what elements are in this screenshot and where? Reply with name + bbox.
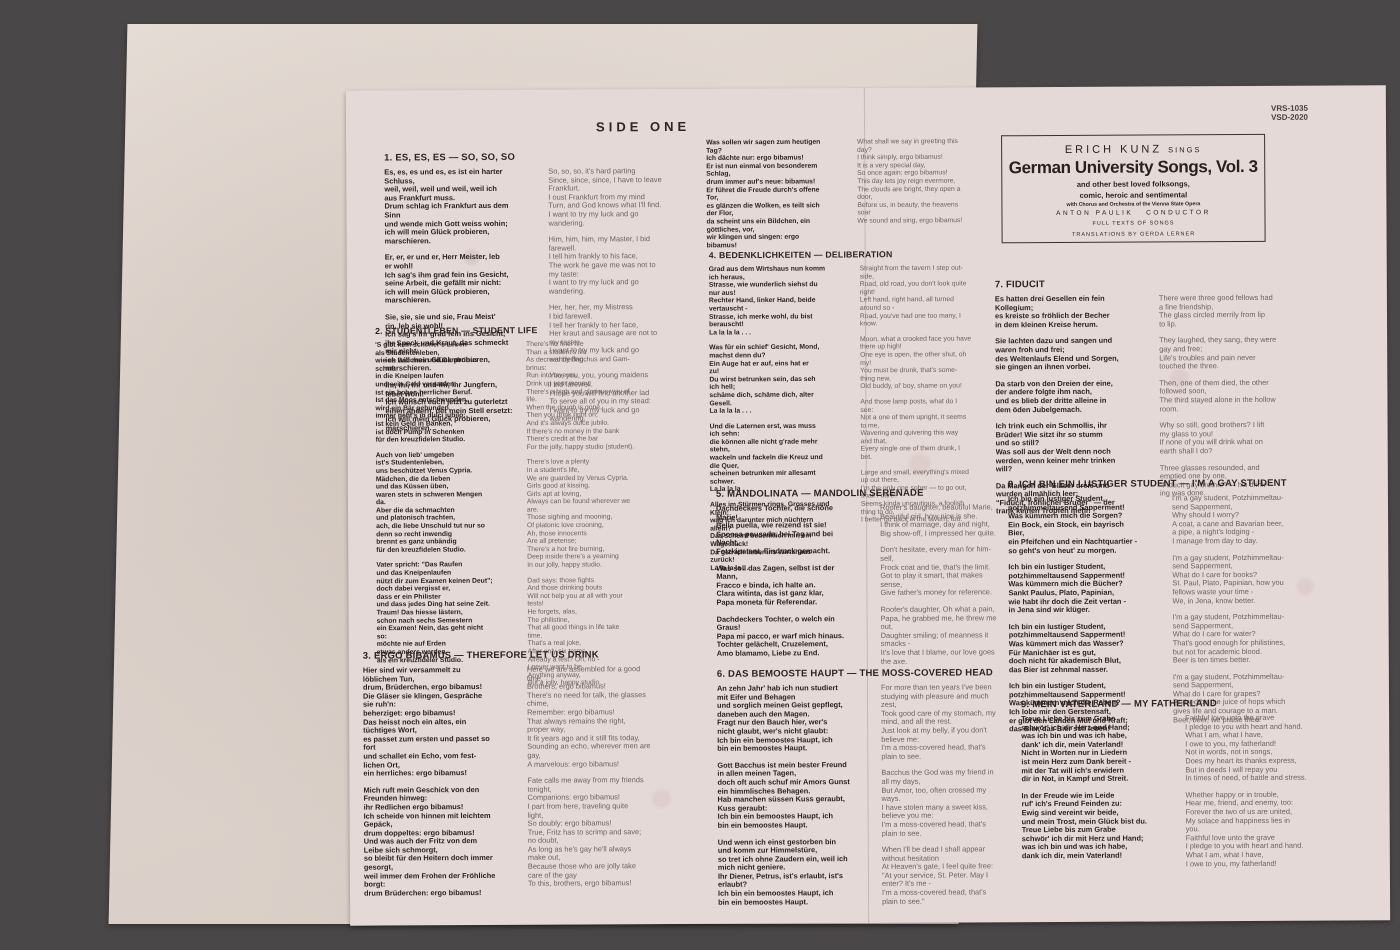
stanza: Ich bin ein lustiger Student,potzhimmelt… — [1008, 563, 1158, 615]
stanza: Him, him, him, my Master, I bidfarewell.… — [549, 235, 699, 296]
english-lyrics: There's no finer lifeThan a student's li… — [526, 340, 666, 695]
lyrics-columns: Treue Liebe bis zum Grabeschwör' ich dir… — [1021, 714, 1336, 878]
album-title-box: ERICH KUNZ SINGS German University Songs… — [1001, 134, 1266, 243]
stanza: There's love a plentyIn a student's life… — [527, 458, 666, 569]
lyric-line: bibamus! — [707, 241, 845, 250]
lyrics-columns: An zehn Jahr' hab ich nun studiertmit Ei… — [717, 683, 1032, 915]
stanza: And those lamp posts, what do Isee:Not a… — [860, 397, 998, 461]
stanza: Grad aus dem Wirtshaus nun kommich herau… — [709, 265, 847, 337]
stanza: Und wenn ich einst gestorben binund komm… — [718, 838, 868, 908]
stanza: I'm a gay student, Potzhimmeltau-send Sa… — [1172, 494, 1322, 546]
stanza: Ich bin ein lustiger Student,potzhimmelt… — [1008, 494, 1158, 555]
lyric-line: so tret ich ohne Zaudern ein, weil ich — [718, 855, 868, 864]
stanza: 'S gibt kein schöner's Lebenals Studente… — [375, 341, 514, 445]
lyric-line: will? — [996, 465, 1146, 474]
song-heading: 7. FIDUCIT — [995, 278, 1309, 291]
stanza: Here we are assembled for a goodtime,Bro… — [527, 665, 678, 769]
lyrics-columns: Was sollen wir sagen zum heutigenTag?Ich… — [706, 137, 995, 257]
stanza: Fate calls me away from my friendstonigh… — [527, 776, 678, 889]
conductor-name: ANTON PAULIK — [1056, 210, 1133, 217]
lyric-line: drum Brüderchen: ergo bibamus! — [364, 889, 514, 898]
lyric-line: wandering. — [548, 218, 698, 227]
lyric-line: I manage from day to day. — [1172, 537, 1322, 546]
lyric-line: dank ich dir, mein Vaterland! — [1022, 851, 1172, 860]
lyric-line: so bleibt für den Heitern doch immer — [364, 854, 514, 863]
lyric-line: In times of need, of battle and stress. — [1185, 774, 1335, 783]
lyric-line: room. — [1159, 404, 1309, 413]
lyric-line: know. — [860, 319, 998, 328]
lyric-line: plain to see." — [882, 897, 1032, 906]
lyric-line: La la la la . . . — [709, 407, 847, 416]
album-subtitle-2: comic, heroic and sentimental — [1002, 190, 1264, 200]
stanza: Was sollen wir sagen zum heutigenTag?Ich… — [706, 138, 845, 249]
artist-name: ERICH KUNZ — [1065, 143, 1162, 156]
stanza: Gott Bacchus ist mein bester Freundin al… — [717, 761, 867, 831]
stanza: Was für ein schief' Gesicht, Mond,machst… — [709, 343, 847, 415]
lyric-line: touched the three. — [1159, 362, 1309, 371]
german-lyrics: Treue Liebe bis zum Grabeschwör' ich dir… — [1021, 714, 1172, 877]
lyrics-columns: 'S gibt kein schöner's Lebenals Studente… — [375, 340, 666, 696]
stanza: Auch von lieb' umgebenist's Studentenleb… — [376, 451, 515, 555]
german-lyrics: Dachdeckers Tochter, die schöneMarie!Bel… — [716, 504, 867, 675]
english-lyrics: Here we are assembled for a goodtime,Bro… — [527, 665, 678, 905]
song-block: 3. ERGO BIBAMUS — THEREFORE LET US DRINK… — [363, 649, 678, 906]
stanza: I'm a gay student, Potzhimmeltau-send Sa… — [1173, 613, 1323, 665]
german-lyrics: Was sollen wir sagen zum heutigenTag?Ich… — [706, 138, 845, 257]
lyric-line: Beer is ten times better. — [1173, 656, 1323, 665]
stanza: Then, one of them died, the otherfollowe… — [1159, 378, 1309, 413]
song-heading: 1. ES, ES, ES — SO, SO, SO — [384, 151, 698, 164]
stanza: Bacchus the God was my friend inall my d… — [881, 768, 1031, 838]
lyric-line: marschieren. — [385, 296, 535, 305]
lyric-line: ein Pfeifchen und ein Nachtquartier - — [1008, 537, 1158, 546]
english-lyrics: Faithful love unto the graveI pledge to … — [1185, 714, 1336, 877]
stanza: Es, es, es und es, es ist ein harterSchl… — [384, 168, 534, 246]
stanza: Was soll das Zagen, selbst ist derMann,F… — [716, 564, 866, 608]
song-block: 9. MEIN VATERLAND — MY FATHERLANDTreue L… — [1021, 698, 1336, 878]
lyric-line: in dem kleinen Kreise herum. — [995, 320, 1145, 329]
lyric-line: für den kreuzfidelen Studio. — [376, 546, 514, 555]
song-heading: 3. ERGO BIBAMUS — THEREFORE LET US DRINK — [363, 649, 677, 662]
stanza: An zehn Jahr' hab ich nun studiertmit Ei… — [717, 684, 867, 754]
translation-line: TRANSLATIONS BY GERDA LERNER — [1003, 231, 1265, 239]
lyric-line: In our jolly, happy studio. — [527, 561, 665, 570]
side-title: SIDE ONE — [596, 119, 690, 134]
stanza: Er, er, er und er, Herr Meister, leber w… — [385, 253, 535, 305]
stanza: Da starb von den Dreien der eine,der and… — [995, 379, 1145, 414]
lyric-line: doch oft auch schuf mir Amors Gunst — [717, 778, 867, 787]
stanza: I'm a gay student, Potzhimmeltau-send Sa… — [1172, 553, 1322, 605]
stanza: Dachdeckers Tochter, o welch einGraus!Pa… — [717, 615, 867, 659]
stanza: Faithful love unto the graveI pledge to … — [1185, 714, 1335, 784]
lyric-line: La la la la . . . — [709, 328, 847, 337]
lyric-line: Fotzkipatent, Eindruck gemacht. — [716, 547, 866, 556]
lyrics-columns: Dachdeckers Tochter, die schöneMarie!Bel… — [716, 503, 1031, 675]
stanza: In der Freude wie im Leideruf' ich's Fre… — [1022, 791, 1172, 861]
stanza: Ich bin ein lustiger Student,potzhimmelt… — [1009, 622, 1159, 674]
stanza: Sie lachten dazu und sangen undwaren fro… — [995, 337, 1145, 372]
song-heading: 8. ICH BIN EIN LUSTIGER STUDENT — I'M A … — [1008, 478, 1322, 491]
stanza: Treue Liebe bis zum Grabeschwör' ich dir… — [1021, 714, 1171, 784]
german-lyrics: 'S gibt kein schöner's Lebenals Studente… — [375, 341, 515, 696]
conductor-role: CONDUCTOR — [1146, 209, 1211, 216]
catalog-number: VRS-1035 — [1271, 104, 1308, 113]
song-heading: 2. STUDENTLEBEN — STUDENT LIFE — [375, 325, 664, 337]
lyrics-insert: SIDE ONE VRS-1035 VSD-2020 ERICH KUNZ SI… — [346, 85, 1390, 925]
song-block: 2. STUDENTLEBEN — STUDENT LIFE'S gibt ke… — [375, 325, 666, 695]
german-lyrics: Hier sind wir versammelt zulöblichem Tun… — [363, 666, 514, 906]
stanza: So, so, so, it's hard partingSince, sinc… — [548, 167, 698, 228]
stanza: Mich ruft mein Geschick von denFreunden … — [363, 786, 514, 899]
stanza: Hier sind wir versammelt zulöblichem Tun… — [363, 666, 514, 779]
stanza: Moon, what a crooked face you havethere … — [860, 335, 998, 391]
lyric-line: bin ein bemoostes Haupt. — [718, 821, 868, 830]
stanza: Vater spricht: "Das Raufenund das Kneipe… — [376, 561, 515, 665]
lyric-line: marschieren. — [385, 236, 535, 245]
lyric-line: Amo blamamo, Liebe zu End. — [717, 649, 867, 658]
lyric-line: weil immer dem Frohen der Fröhliche — [364, 872, 514, 881]
lyric-line: so geht's von heut' zu morgen. — [1008, 546, 1158, 555]
song-heading: 9. MEIN VATERLAND — MY FATHERLAND — [1021, 698, 1335, 711]
lyric-line: Old buddy, ol' boy, shame on you! — [860, 382, 998, 391]
lyric-line: bin ein bemoostes Haupt. — [717, 744, 867, 753]
lyrics-columns: Hier sind wir versammelt zulöblichem Tun… — [363, 665, 678, 906]
lyric-line: das Bier ist zehnmal nasser. — [1009, 665, 1159, 674]
lyric-line: bet. — [861, 453, 999, 462]
lyric-line: We, in Jena, know better. — [1172, 596, 1322, 605]
lyric-line: bin ein bemoostes Haupt. — [718, 898, 868, 907]
ensemble-line: with Chorus and Orchestra of the Vienna … — [1002, 201, 1264, 208]
lyric-line: dir in Not, in Kampf und Streit. — [1021, 775, 1171, 784]
catalog-numbers: VRS-1035 VSD-2020 — [1271, 104, 1308, 122]
lyric-line: plain to see. — [881, 752, 1031, 761]
conductor-line: ANTON PAULIK CONDUCTOR — [1002, 209, 1264, 217]
stanza: Whether happy or in trouble,Hear me, fri… — [1185, 790, 1335, 868]
stanza: Why so still, good brothers? I liftmy gl… — [1160, 421, 1310, 456]
song-block: 6. DAS BEMOOSTE HAUPT — THE MOSS-COVERED… — [717, 667, 1032, 915]
lyric-line: in Jena sind wir klüger. — [1009, 606, 1159, 615]
lyric-line: to lip. — [1159, 319, 1309, 328]
lyric-line: plain to see. — [882, 829, 1032, 838]
stanza: There's no finer lifeThan a student's li… — [526, 340, 665, 451]
artist-line: ERICH KUNZ SINGS — [1002, 143, 1264, 156]
song-block: 5. MANDOLINATA — MANDOLIN SERENADEDachde… — [716, 487, 1031, 675]
stanza: Es hatten drei Gesellen ein feinKollegiu… — [995, 295, 1145, 330]
lyric-line: Papa moneta für Referendar. — [716, 598, 866, 607]
lyric-line: A marvelous: ergo bibamus! — [527, 760, 677, 769]
stanza: Dachdeckers Tochter, die schöneMarie!Bel… — [716, 504, 866, 556]
stanza: What shall we say in greeting thisday?I … — [857, 137, 995, 225]
song-heading: 6. DAS BEMOOSTE HAUPT — THE MOSS-COVERED… — [717, 667, 1031, 680]
lyric-line: ein herrliches: ergo bibamus! — [363, 769, 513, 778]
sings-label: SINGS — [1168, 145, 1201, 154]
lyric-line: für den kreuzfidelen Studio. — [376, 435, 514, 444]
lyric-line: I owe to you, my fatherland! — [1186, 859, 1336, 868]
song-block: Was sollen wir sagen zum heutigenTag?Ich… — [706, 137, 995, 257]
catalog-number: VSD-2020 — [1271, 113, 1308, 122]
lyric-line: dem öden Jubelgemach. — [995, 405, 1145, 414]
stanza: Ich trink euch ein Schmollis, ihrBrüder!… — [996, 422, 1146, 474]
stanza: When I'll be dead I shall appearwithout … — [882, 845, 1032, 906]
stanza: There were three good fellows hada fine … — [1159, 294, 1309, 329]
stanza: Und die Laternen erst, was mussich sehn:… — [710, 422, 848, 494]
lyric-line: For the jolly, happy studio (student). — [527, 443, 665, 452]
album-title: German University Songs, Vol. 3 — [1002, 157, 1264, 178]
lyric-line: To this, brothers, ergo bibamus! — [528, 879, 678, 888]
song-heading: 4. BEDENKLICHKEITEN — DELIBERATION — [709, 249, 998, 261]
lyric-line: wandering. — [549, 287, 699, 296]
song-heading: 5. MANDOLINATA — MANDOLIN SERENADE — [716, 487, 1030, 500]
lyric-line: We sound and sing, ergo bibamus! — [857, 216, 995, 225]
english-lyrics: What shall we say in greeting thisday?I … — [857, 137, 996, 256]
texts-line: FULL TEXTS OF SONGS — [1003, 220, 1265, 228]
lyric-line: sie gingen an ihnen vorbei. — [995, 363, 1145, 372]
lyric-line: Gott Bacchus ist mein bester Freund — [717, 761, 867, 770]
stanza: They laughed, they sang, they weregay an… — [1159, 336, 1309, 371]
album-subtitle-1: and other best loved folksongs, — [1002, 179, 1264, 189]
lyric-line: earth shall I do? — [1160, 447, 1310, 456]
german-lyrics: An zehn Jahr' hab ich nun studiertmit Ei… — [717, 684, 868, 915]
stanza: Straight from the tavern I step out-side… — [860, 264, 998, 328]
